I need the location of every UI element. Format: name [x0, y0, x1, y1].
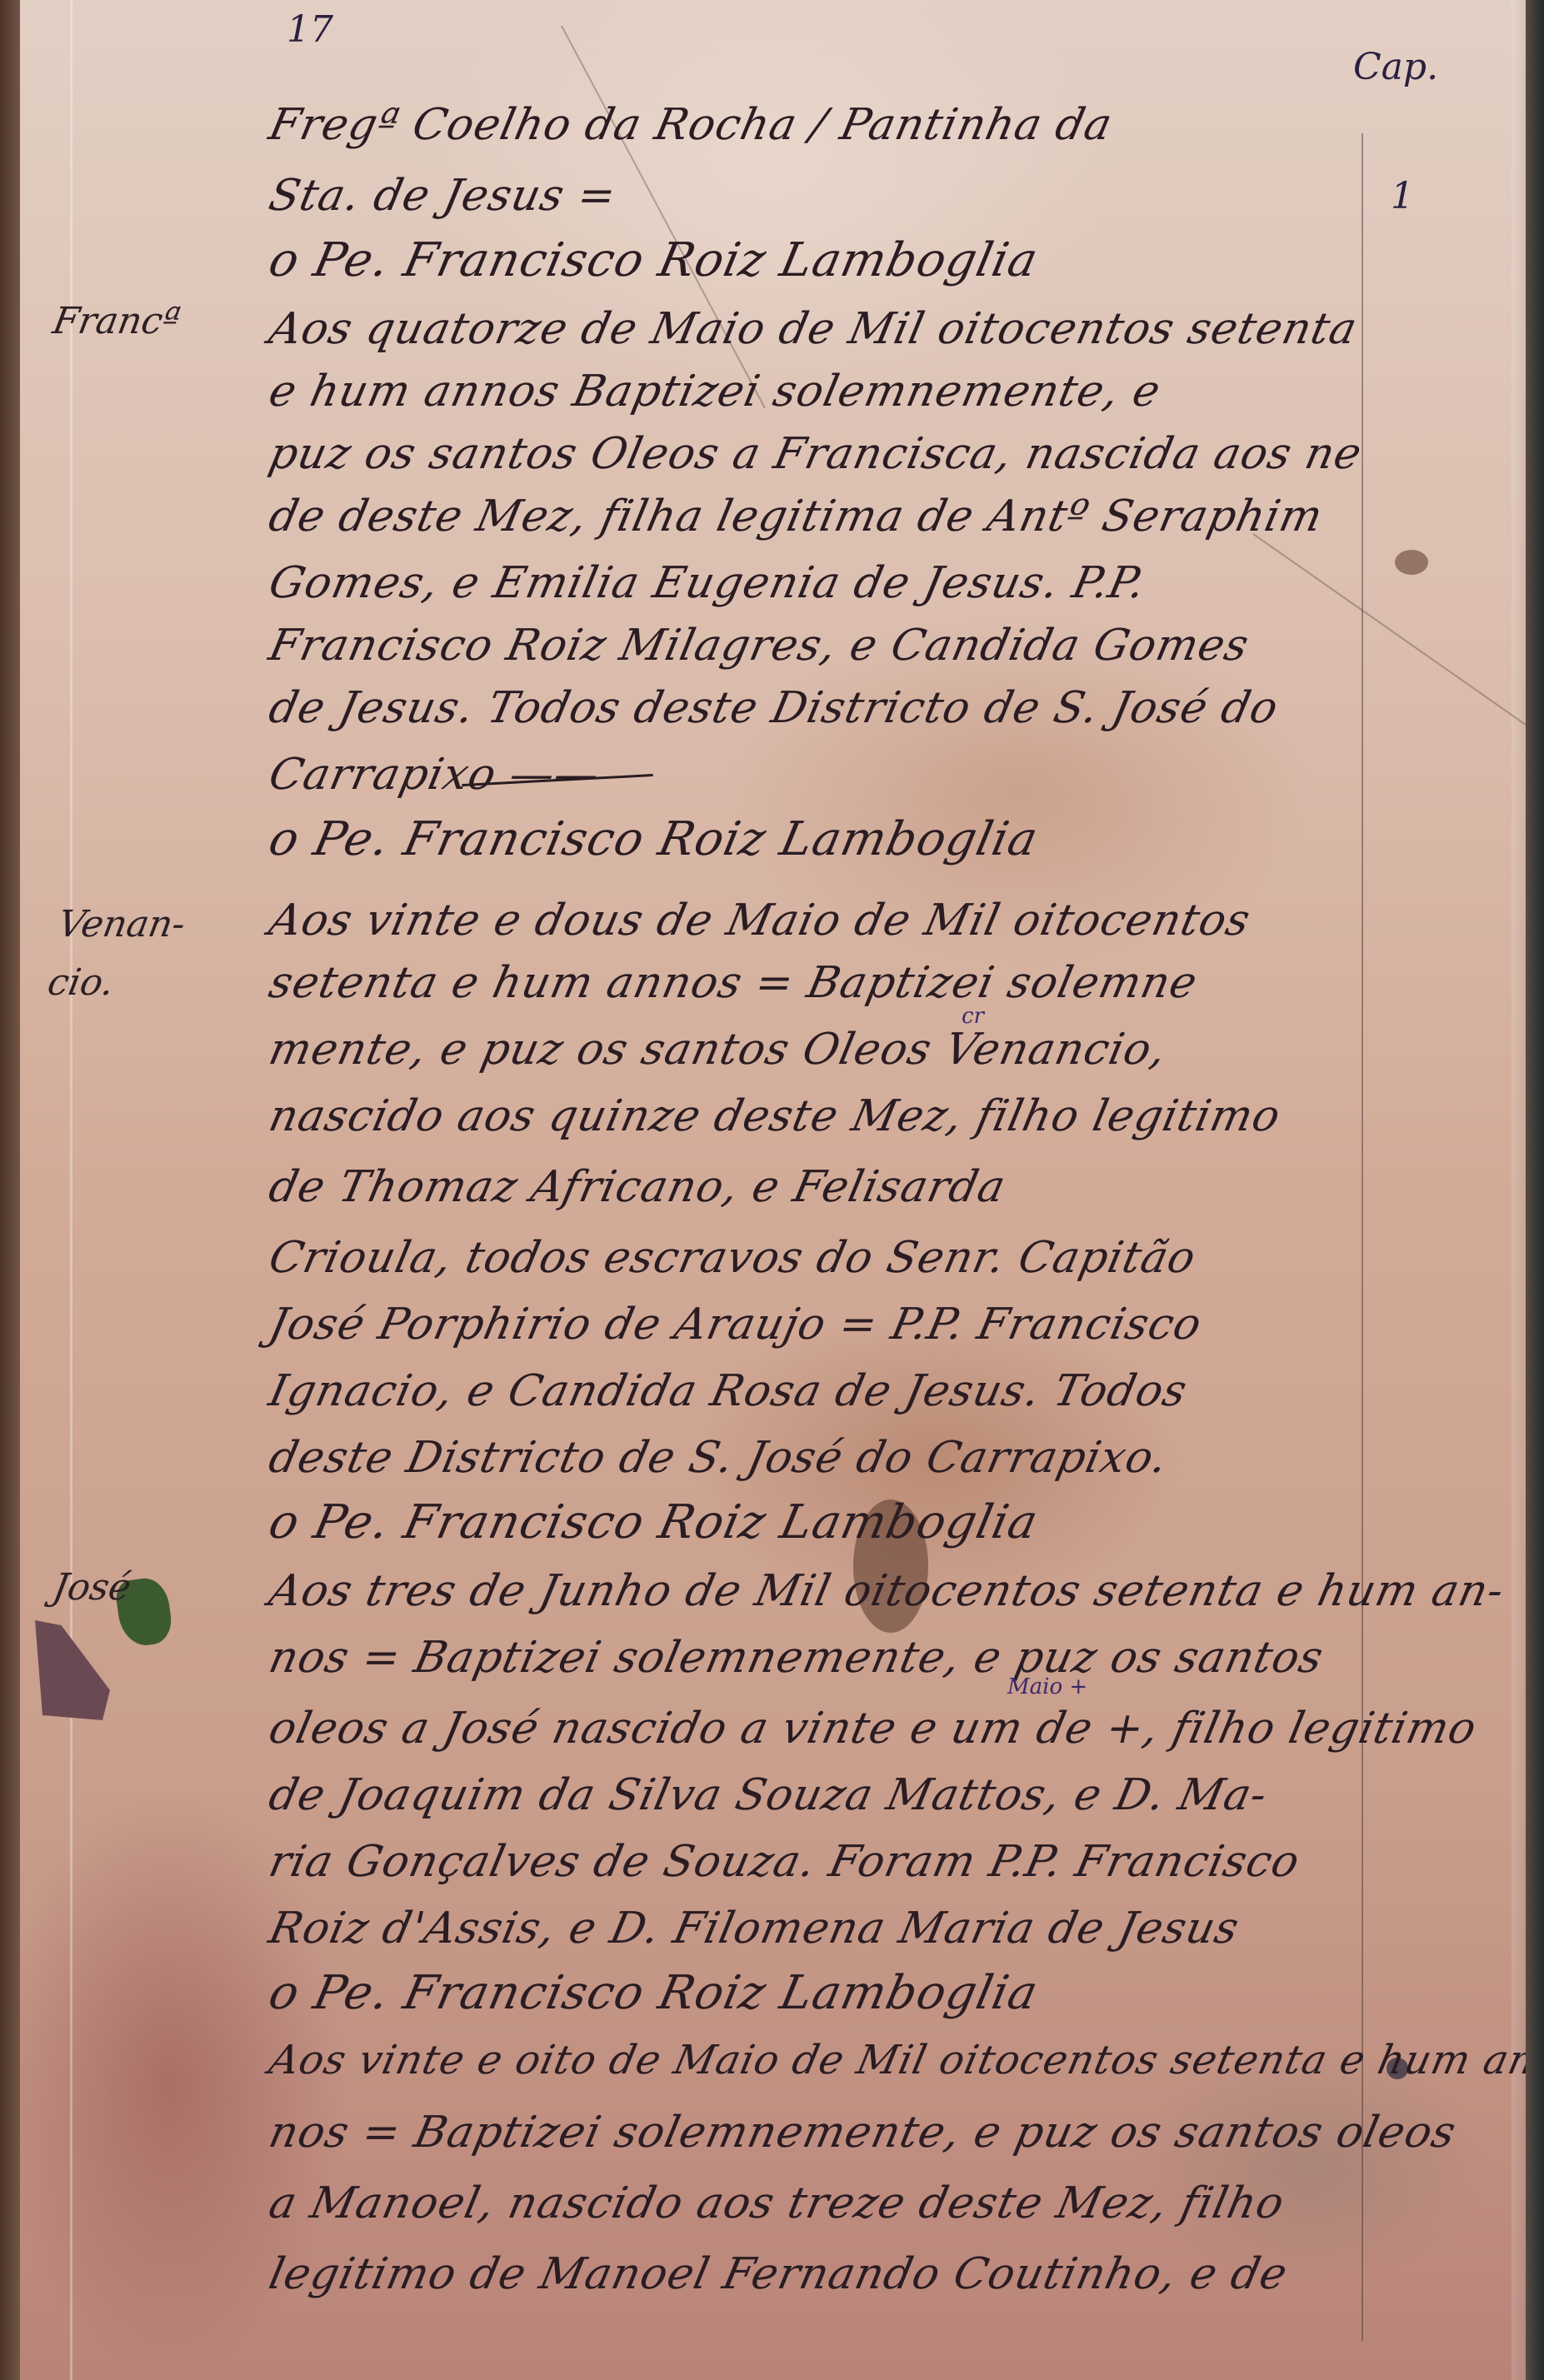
- ink-stain: [1395, 550, 1428, 575]
- entry-line: e hum annos Baptizei solemnemente, e: [265, 367, 1166, 417]
- entry-line: Francisco Roiz Milagres, e Candida Gomes: [265, 621, 1254, 671]
- margin-name: Francª: [50, 300, 184, 342]
- heading-line: Sta. de Jesus =: [265, 171, 622, 221]
- entry-line: mente, e puz os santos Oleos Venancio,: [265, 1025, 1172, 1075]
- entry-line: a Manoel, nascido aos treze deste Mez, f…: [265, 2178, 1289, 2228]
- entry-line: de Joaquim da Silva Souza Mattos, e D. M…: [265, 1770, 1272, 1820]
- entry-line: Aos vinte e oito de Maio de Mil oitocent…: [265, 2037, 1544, 2083]
- scan-border-right: [1526, 0, 1544, 2380]
- margin-name: José: [50, 1566, 135, 1609]
- torn-patch: [35, 1620, 110, 1720]
- register-page: 17 Cap. 1 Fregª Coelho da Rocha / Pantin…: [20, 0, 1528, 2380]
- entry-line: Ignacio, e Candida Rosa de Jesus. Todos: [265, 1366, 1192, 1416]
- entry-line: nascido aos quinze deste Mez, filho legi…: [265, 1091, 1286, 1141]
- officiant-signature: o Pe. Francisco Roiz Lamboglia: [264, 233, 1043, 287]
- page-number: 17: [287, 8, 333, 51]
- entry-line: deste Districto de S. José do Carrapixo.: [265, 1433, 1172, 1483]
- entry-line: oleos a José nascido a vinte e um de +, …: [265, 1704, 1482, 1754]
- margin-name: Venan- cio.: [43, 896, 190, 1012]
- entry-line: puz os santos Oleos a Francisca, nascida…: [265, 429, 1367, 479]
- entry-line: Aos quatorze de Maio de Mil oitocentos s…: [265, 304, 1362, 354]
- entry-line: Gomes, e Emilia Eugenia de Jesus. P.P.: [265, 558, 1151, 608]
- entry-line: de deste Mez, filha legitima de Antº Ser…: [265, 491, 1327, 541]
- heading-line: Fregª Coelho da Rocha / Pantinha da: [265, 100, 1117, 150]
- right-margin-rule: [1362, 133, 1363, 2341]
- entry-line: ria Gonçalves de Souza. Foram P.P. Franc…: [265, 1837, 1305, 1887]
- interlinear-correction: Maio +: [1007, 1674, 1087, 1699]
- entry-line: José Porphirio de Araujo = P.P. Francisc…: [265, 1300, 1207, 1350]
- entry-line: de Thomaz Africano, e Felisarda: [265, 1162, 1011, 1212]
- entry-line: Carrapixo ——: [265, 750, 604, 800]
- officiant-signature: o Pe. Francisco Roiz Lamboglia: [264, 1966, 1043, 2020]
- entry-line: nos = Baptizei solemnemente, e puz os sa…: [265, 1633, 1328, 1683]
- entry-line: Aos vinte e dous de Maio de Mil oitocent…: [265, 896, 1255, 946]
- entry-line: Crioula, todos escravos do Senr. Capitão: [265, 1233, 1201, 1283]
- officiant-signature: o Pe. Francisco Roiz Lamboglia: [264, 812, 1043, 866]
- entry-line: legitimo de Manoel Fernando Coutinho, e …: [265, 2249, 1292, 2299]
- left-edge-highlight: [70, 0, 72, 2380]
- officiant-signature: o Pe. Francisco Roiz Lamboglia: [264, 1495, 1043, 1549]
- entry-line: setenta e hum annos = Baptizei solemne: [265, 958, 1202, 1008]
- top-right-mark: Cap.: [1353, 46, 1438, 88]
- entry-line: Aos tres de Junho de Mil oitocentos sete…: [265, 1566, 1509, 1616]
- folio-number: 1: [1391, 175, 1414, 217]
- entry-line: nos = Baptizei solemnemente, e puz os sa…: [265, 2108, 1461, 2158]
- entry-line: Roiz d'Assis, e D. Filomena Maria de Jes…: [265, 1904, 1244, 1953]
- entry-line: de Jesus. Todos deste Districto de S. Jo…: [265, 683, 1283, 733]
